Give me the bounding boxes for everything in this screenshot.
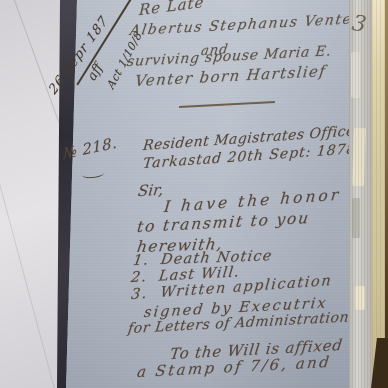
tape-patch [352,128,366,186]
page-crease [0,176,55,388]
tape-patch [352,198,360,238]
salutation: Sir, [137,183,164,199]
facing-page [0,0,63,388]
tape-patch [355,286,365,310]
page-crease [11,0,60,124]
binding-edge-strip [372,0,385,388]
photo-of-letter: 26 Sepr 187 Act 1/10/8 aff Re Late Alber… [0,0,388,388]
tape-patch [351,52,360,98]
page-edges-strip [349,0,372,388]
